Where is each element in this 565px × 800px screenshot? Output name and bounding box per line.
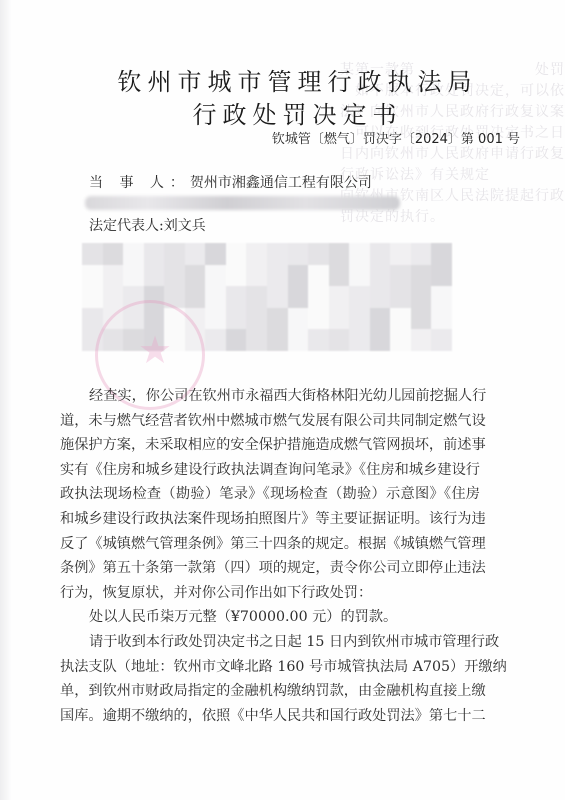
issuer-title: 钦州市城市管理行政执法局 — [0, 62, 565, 97]
body-line: 执法支队（地址：钦州市文峰北路 160 号市城管执法局 A705）开缴纳 — [60, 655, 480, 680]
body-line: 实有《住房和城乡建设行政执法调查询问笔录》《住房和城乡建设行 — [60, 458, 480, 483]
document-type-title: 行政处罚决定书 — [0, 95, 565, 130]
document-number: 钦城管〔燃气〕罚决字〔2024〕第 001 号 — [272, 128, 520, 147]
body-line: 条例》第五十条第一款第（四）项的规定，责令你公司立即停止违法 — [60, 556, 480, 581]
seal-star-icon: ★ — [138, 328, 172, 372]
party-name: 贺州市湘鑫通信工程有限公司 — [190, 175, 372, 191]
body-line: 政执法现场检查（勘验）笔录》《现场检查（勘验）示意图》《住房 — [60, 482, 480, 507]
body-line: 经查实，你公司在钦州市永福西大街格林阳光幼儿园前挖掘人行 — [60, 384, 480, 409]
fine-line: 处以人民币柒万元整（¥70000.00 元）的罚款。 — [60, 605, 480, 630]
body-line: 道，未与燃气经营者钦州中燃城市燃气发展有限公司共同制定燃气设 — [60, 409, 480, 434]
legal-rep-label: 法定代表人: — [89, 218, 164, 234]
body-line: 和城乡建设行政执法案件现场拍照图片》等主要证据证明。该行为违 — [60, 507, 480, 532]
legal-rep-line: 法定代表人:刘文兵 — [89, 215, 206, 235]
body-line: 国库。逾期不缴纳的，依照《中华人民共和国行政处罚法》第七十二 — [60, 704, 480, 729]
document-page: 某第一款第 处罚款。 如不服本行政处罚决定，可以依照《中华人民共和国 法》向钦州… — [0, 0, 565, 800]
body-line: 施保护方案，未采取相应的安全保护措施造成燃气管网损坏，前述事 — [60, 433, 480, 458]
legal-rep-name: 刘文兵 — [164, 218, 206, 234]
body-line: 反了《城镇燃气管理条例》第三十四条的规定。根据《城镇燃气管理 — [60, 532, 480, 557]
redacted-line — [85, 196, 400, 210]
body-line: 请于收到本行政处罚决定书之日起 15 日内到钦州市城市管理行政 — [60, 630, 480, 655]
party-line: 当 事 人：贺州市湘鑫通信工程有限公司 — [89, 172, 372, 192]
decision-body: 经查实，你公司在钦州市永福西大街格林阳光幼儿园前挖掘人行 道，未与燃气经营者钦州… — [60, 384, 480, 728]
body-line: 行为，恢复原状，并对你公司作出如下行政处罚： — [60, 581, 480, 606]
party-label: 当 事 人： — [89, 175, 190, 191]
body-line: 单，到钦州市财政局指定的金融机构缴纳罚款，由金融机构直接上缴 — [60, 679, 480, 704]
